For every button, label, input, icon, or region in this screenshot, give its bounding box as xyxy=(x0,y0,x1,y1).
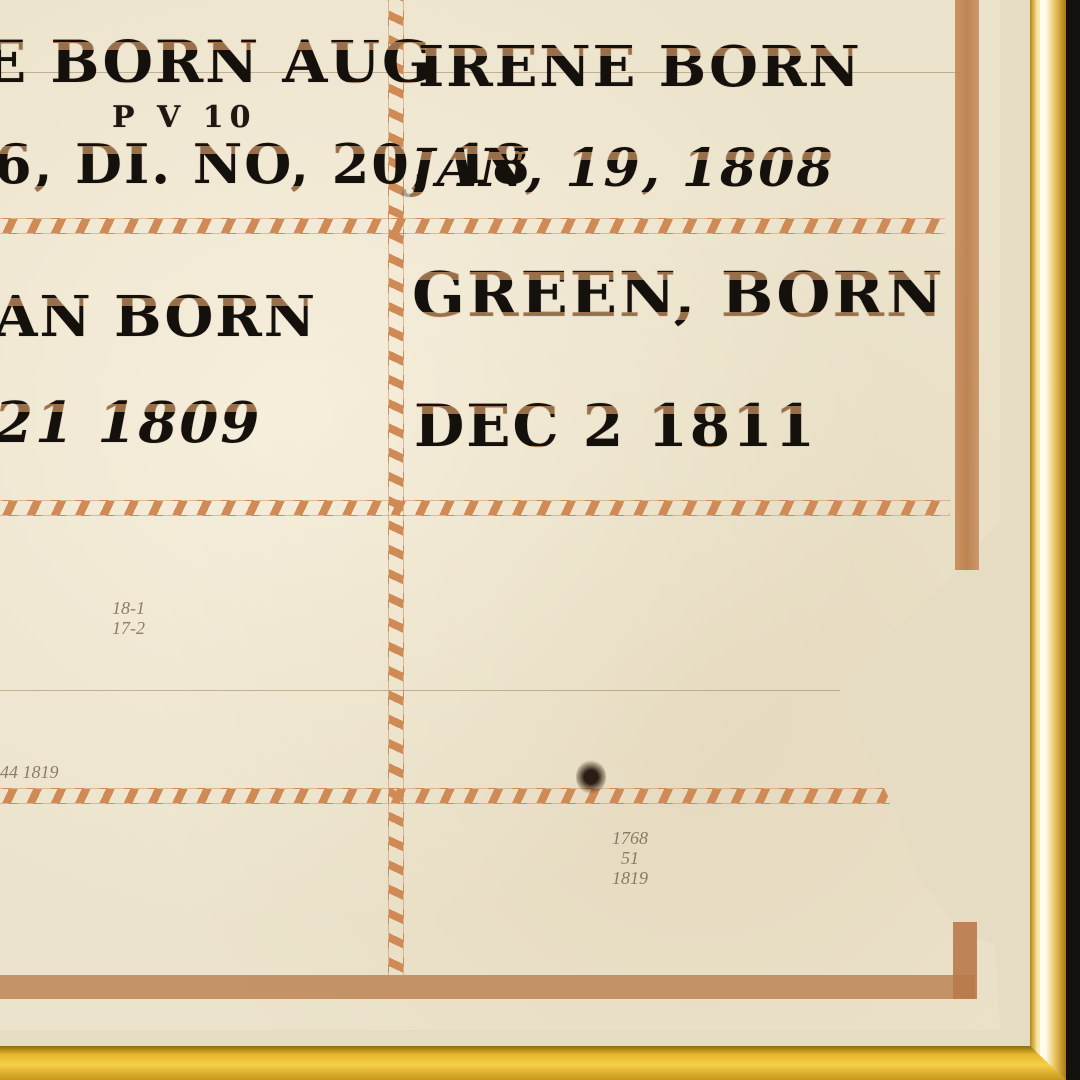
pencil-note-year: 44 1819 xyxy=(0,762,59,783)
cell-top-right-line2: JAN, 19, 1808 xyxy=(410,138,835,199)
gold-frame-bottom xyxy=(0,1046,1066,1080)
cell-top-left-line1: E BORN AUG xyxy=(0,28,434,96)
hatched-rule-3 xyxy=(0,788,890,804)
document-paper: E BORN AUG P V 10 6, DI. NO, 20, 18 IREN… xyxy=(0,0,1000,1030)
cell-middle-right-line1: GREEN, BORN xyxy=(412,258,945,331)
pencil-note-sum: 18-1 17-2 xyxy=(112,598,145,638)
cell-middle-left-line2: 21 1809 xyxy=(0,390,261,456)
cell-middle-right-line2: DEC 2 1811 xyxy=(414,392,817,460)
picture-frame: E BORN AUG P V 10 6, DI. NO, 20, 18 IREN… xyxy=(0,0,1080,1080)
cell-top-left-superscript: P V 10 xyxy=(112,100,256,135)
ink-stain xyxy=(576,760,606,794)
fold-crease xyxy=(0,690,860,691)
painted-border-bottom xyxy=(0,975,975,999)
painted-border-right xyxy=(955,0,979,570)
cell-middle-left-line1: AN BORN xyxy=(0,284,317,350)
gold-frame-right xyxy=(1030,0,1066,1080)
hatched-rule-1 xyxy=(0,218,945,234)
pencil-note-calculation: 1768 51 1819 xyxy=(612,828,648,888)
painted-border-corner xyxy=(953,922,977,999)
hatched-rule-2 xyxy=(0,500,950,516)
cell-top-right-line1: IRENE BORN xyxy=(418,34,862,100)
